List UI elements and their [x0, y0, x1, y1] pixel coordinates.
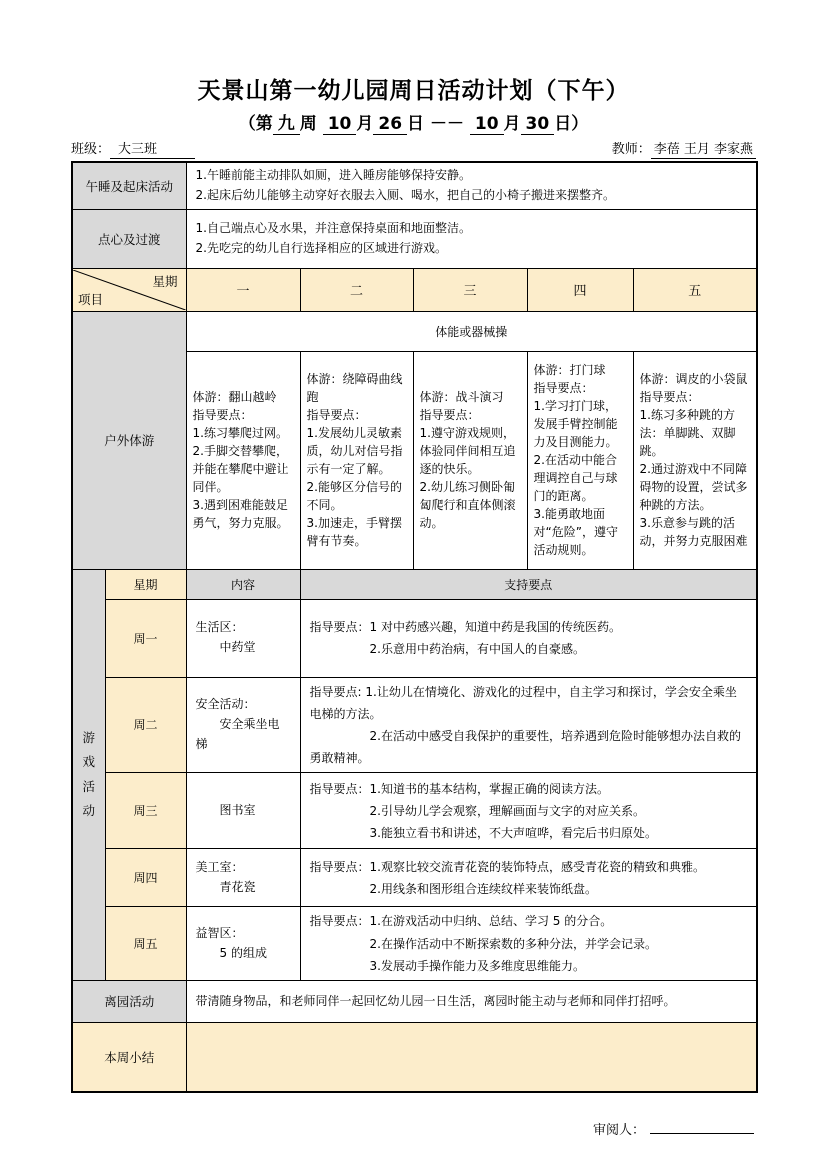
page-title: 天景山第一幼儿园周日活动计划（下午） [71, 72, 756, 105]
nap-row-label: 午睡及起床活动 [72, 162, 186, 209]
class-value: 大三班 [110, 138, 195, 159]
meta-row: 班级：大三班 教师：李蓓 王月 李家燕 [71, 138, 756, 159]
games-day-mon: 周一 [105, 599, 186, 677]
end-month-blank: 10 [470, 114, 504, 135]
subtitle-month-label-2: 月 [504, 114, 521, 134]
subtitle-prefix: （第 [239, 114, 273, 134]
teacher-field: 教师：李蓓 王月 李家燕 [612, 138, 756, 159]
games-content-wed: 图书室 [186, 773, 300, 849]
teacher-value: 李蓓 王月 李家燕 [651, 138, 756, 159]
outdoor-wed-cell: 体游：战斗演习 指导要点： 1.遵守游戏规则，体验同伴间相互追逐的快乐。 2.幼… [413, 351, 527, 569]
outdoor-mon-cell: 体游：翻山越岭 指导要点： 1.练习攀爬过网。 2.手脚交替攀爬，并能在攀爬中避… [186, 351, 300, 569]
exercise-row: 户外体游 体能或器械操 [72, 311, 757, 351]
outdoor-tue-cell: 体游：绕障碍曲线跑 指导要点： 1.发展幼儿灵敏素质，幼儿对信号指示有一定了解。… [300, 351, 413, 569]
day-header-thu: 四 [527, 268, 633, 311]
games-content-tue: 安全活动： 安全乘坐电梯 [186, 677, 300, 773]
games-day-thu: 周四 [105, 849, 186, 907]
class-field: 班级：大三班 [71, 138, 195, 159]
start-day-blank: 26 [373, 114, 407, 135]
games-points-thu: 指导要点：1.观察比较交流青花瓷的装饰特点，感受青花瓷的精致和典雅。 2.用线条… [300, 849, 757, 907]
snack-row-content: 1.自己端点心及水果，并注意保持桌面和地面整洁。 2.先吃完的幼儿自行选择相应的… [186, 209, 757, 268]
nap-row: 午睡及起床活动 1.午睡前能主动排队如厕，进入睡房能够保持安静。 2.起床后幼儿… [72, 162, 757, 209]
summary-row-label: 本周小结 [72, 1022, 186, 1092]
subtitle-suffix: 日） [554, 114, 588, 134]
leave-row-content: 带清随身物品，和老师同伴一起回忆幼儿园一日生活，离园时能主动与老师和同伴打招呼。 [186, 980, 757, 1022]
games-points-mon: 指导要点：1 对中药感兴趣，知道中药是我国的传统医药。 2.乐意用中药治病，有中… [300, 599, 757, 677]
games-content-thu: 美工室： 青花瓷 [186, 849, 300, 907]
games-day-tue: 周二 [105, 677, 186, 773]
subtitle-dash: 日 －－ [407, 114, 470, 134]
games-header-row: 游 戏 活 动 星期 内容 支持要点 [72, 569, 757, 599]
games-day-fri: 周五 [105, 907, 186, 981]
summary-row-content [186, 1022, 757, 1092]
corner-item-label: 项目 [78, 290, 103, 308]
nap-row-content: 1.午睡前能主动排队如厕，进入睡房能够保持安静。 2.起床后幼儿能够主动穿好衣服… [186, 162, 757, 209]
day-header-mon: 一 [186, 268, 300, 311]
reviewer-label: 审阅人： [593, 1123, 645, 1138]
games-header-points: 支持要点 [300, 569, 757, 599]
teacher-label: 教师： [612, 142, 651, 157]
outdoor-fri-cell: 体游：调皮的小袋鼠 指导要点： 1.练习多种跳的方法：单脚跳、双脚跳。 2.通过… [633, 351, 757, 569]
games-row-mon: 周一 生活区： 中药堂 指导要点：1 对中药感兴趣，知道中药是我国的传统医药。 … [72, 599, 757, 677]
games-content-mon: 生活区： 中药堂 [186, 599, 300, 677]
day-header-wed: 三 [413, 268, 527, 311]
exercise-cell: 体能或器械操 [186, 311, 757, 351]
corner-cell: 星期 项目 [72, 268, 186, 311]
games-content-fri: 益智区： 5 的组成 [186, 907, 300, 981]
subtitle-week-label: 周 [300, 114, 317, 134]
end-day-blank: 30 [521, 114, 555, 135]
start-month-blank: 10 [323, 114, 357, 135]
games-row-tue: 周二 安全活动： 安全乘坐电梯 指导要点: 1.让幼儿在情境化、游戏化的过程中，… [72, 677, 757, 773]
day-header-tue: 二 [300, 268, 413, 311]
games-row-thu: 周四 美工室： 青花瓷 指导要点：1.观察比较交流青花瓷的装饰特点，感受青花瓷的… [72, 849, 757, 907]
outdoor-thu-cell: 体游：打门球 指导要点： 1.学习打门球，发展手臂控制能力及目测能力。 2.在活… [527, 351, 633, 569]
outdoor-row-label: 户外体游 [72, 311, 186, 569]
week-number-blank: 九 [273, 109, 300, 135]
games-row-fri: 周五 益智区： 5 的组成 指导要点：1.在游戏活动中归纳、总结、学习 5 的分… [72, 907, 757, 981]
games-points-fri: 指导要点：1.在游戏活动中归纳、总结、学习 5 的分合。 2.在操作活动中不断探… [300, 907, 757, 981]
corner-week-label: 星期 [153, 272, 178, 290]
snack-row: 点心及过渡 1.自己端点心及水果，并注意保持桌面和地面整洁。 2.先吃完的幼儿自… [72, 209, 757, 268]
reviewer-field: 审阅人： [71, 1119, 756, 1138]
games-points-wed: 指导要点：1.知道书的基本结构，掌握正确的阅读方法。 2.引导幼儿学会观察，理解… [300, 773, 757, 849]
reviewer-signature-line [650, 1119, 754, 1134]
games-header-content: 内容 [186, 569, 300, 599]
subtitle-month-label-1: 月 [356, 114, 373, 134]
subtitle: （第九周 10月26日 －－ 10月30日） [71, 109, 756, 135]
leave-row-label: 离园活动 [72, 980, 186, 1022]
leave-row: 离园活动 带清随身物品，和老师同伴一起回忆幼儿园一日生活，离园时能主动与老师和同… [72, 980, 757, 1022]
class-label: 班级： [71, 142, 110, 157]
summary-row: 本周小结 [72, 1022, 757, 1092]
games-section-label: 游 戏 活 动 [72, 569, 105, 980]
games-row-wed: 周三 图书室 指导要点：1.知道书的基本结构，掌握正确的阅读方法。 2.引导幼儿… [72, 773, 757, 849]
games-points-tue: 指导要点: 1.让幼儿在情境化、游戏化的过程中，自主学习和探讨，学会安全乘坐电梯… [300, 677, 757, 773]
activity-plan-table: 午睡及起床活动 1.午睡前能主动排队如厕，进入睡房能够保持安静。 2.起床后幼儿… [71, 161, 758, 1093]
games-header-day: 星期 [105, 569, 186, 599]
weekday-header-row: 星期 项目 一 二 三 四 五 [72, 268, 757, 311]
games-day-wed: 周三 [105, 773, 186, 849]
day-header-fri: 五 [633, 268, 757, 311]
snack-row-label: 点心及过渡 [72, 209, 186, 268]
